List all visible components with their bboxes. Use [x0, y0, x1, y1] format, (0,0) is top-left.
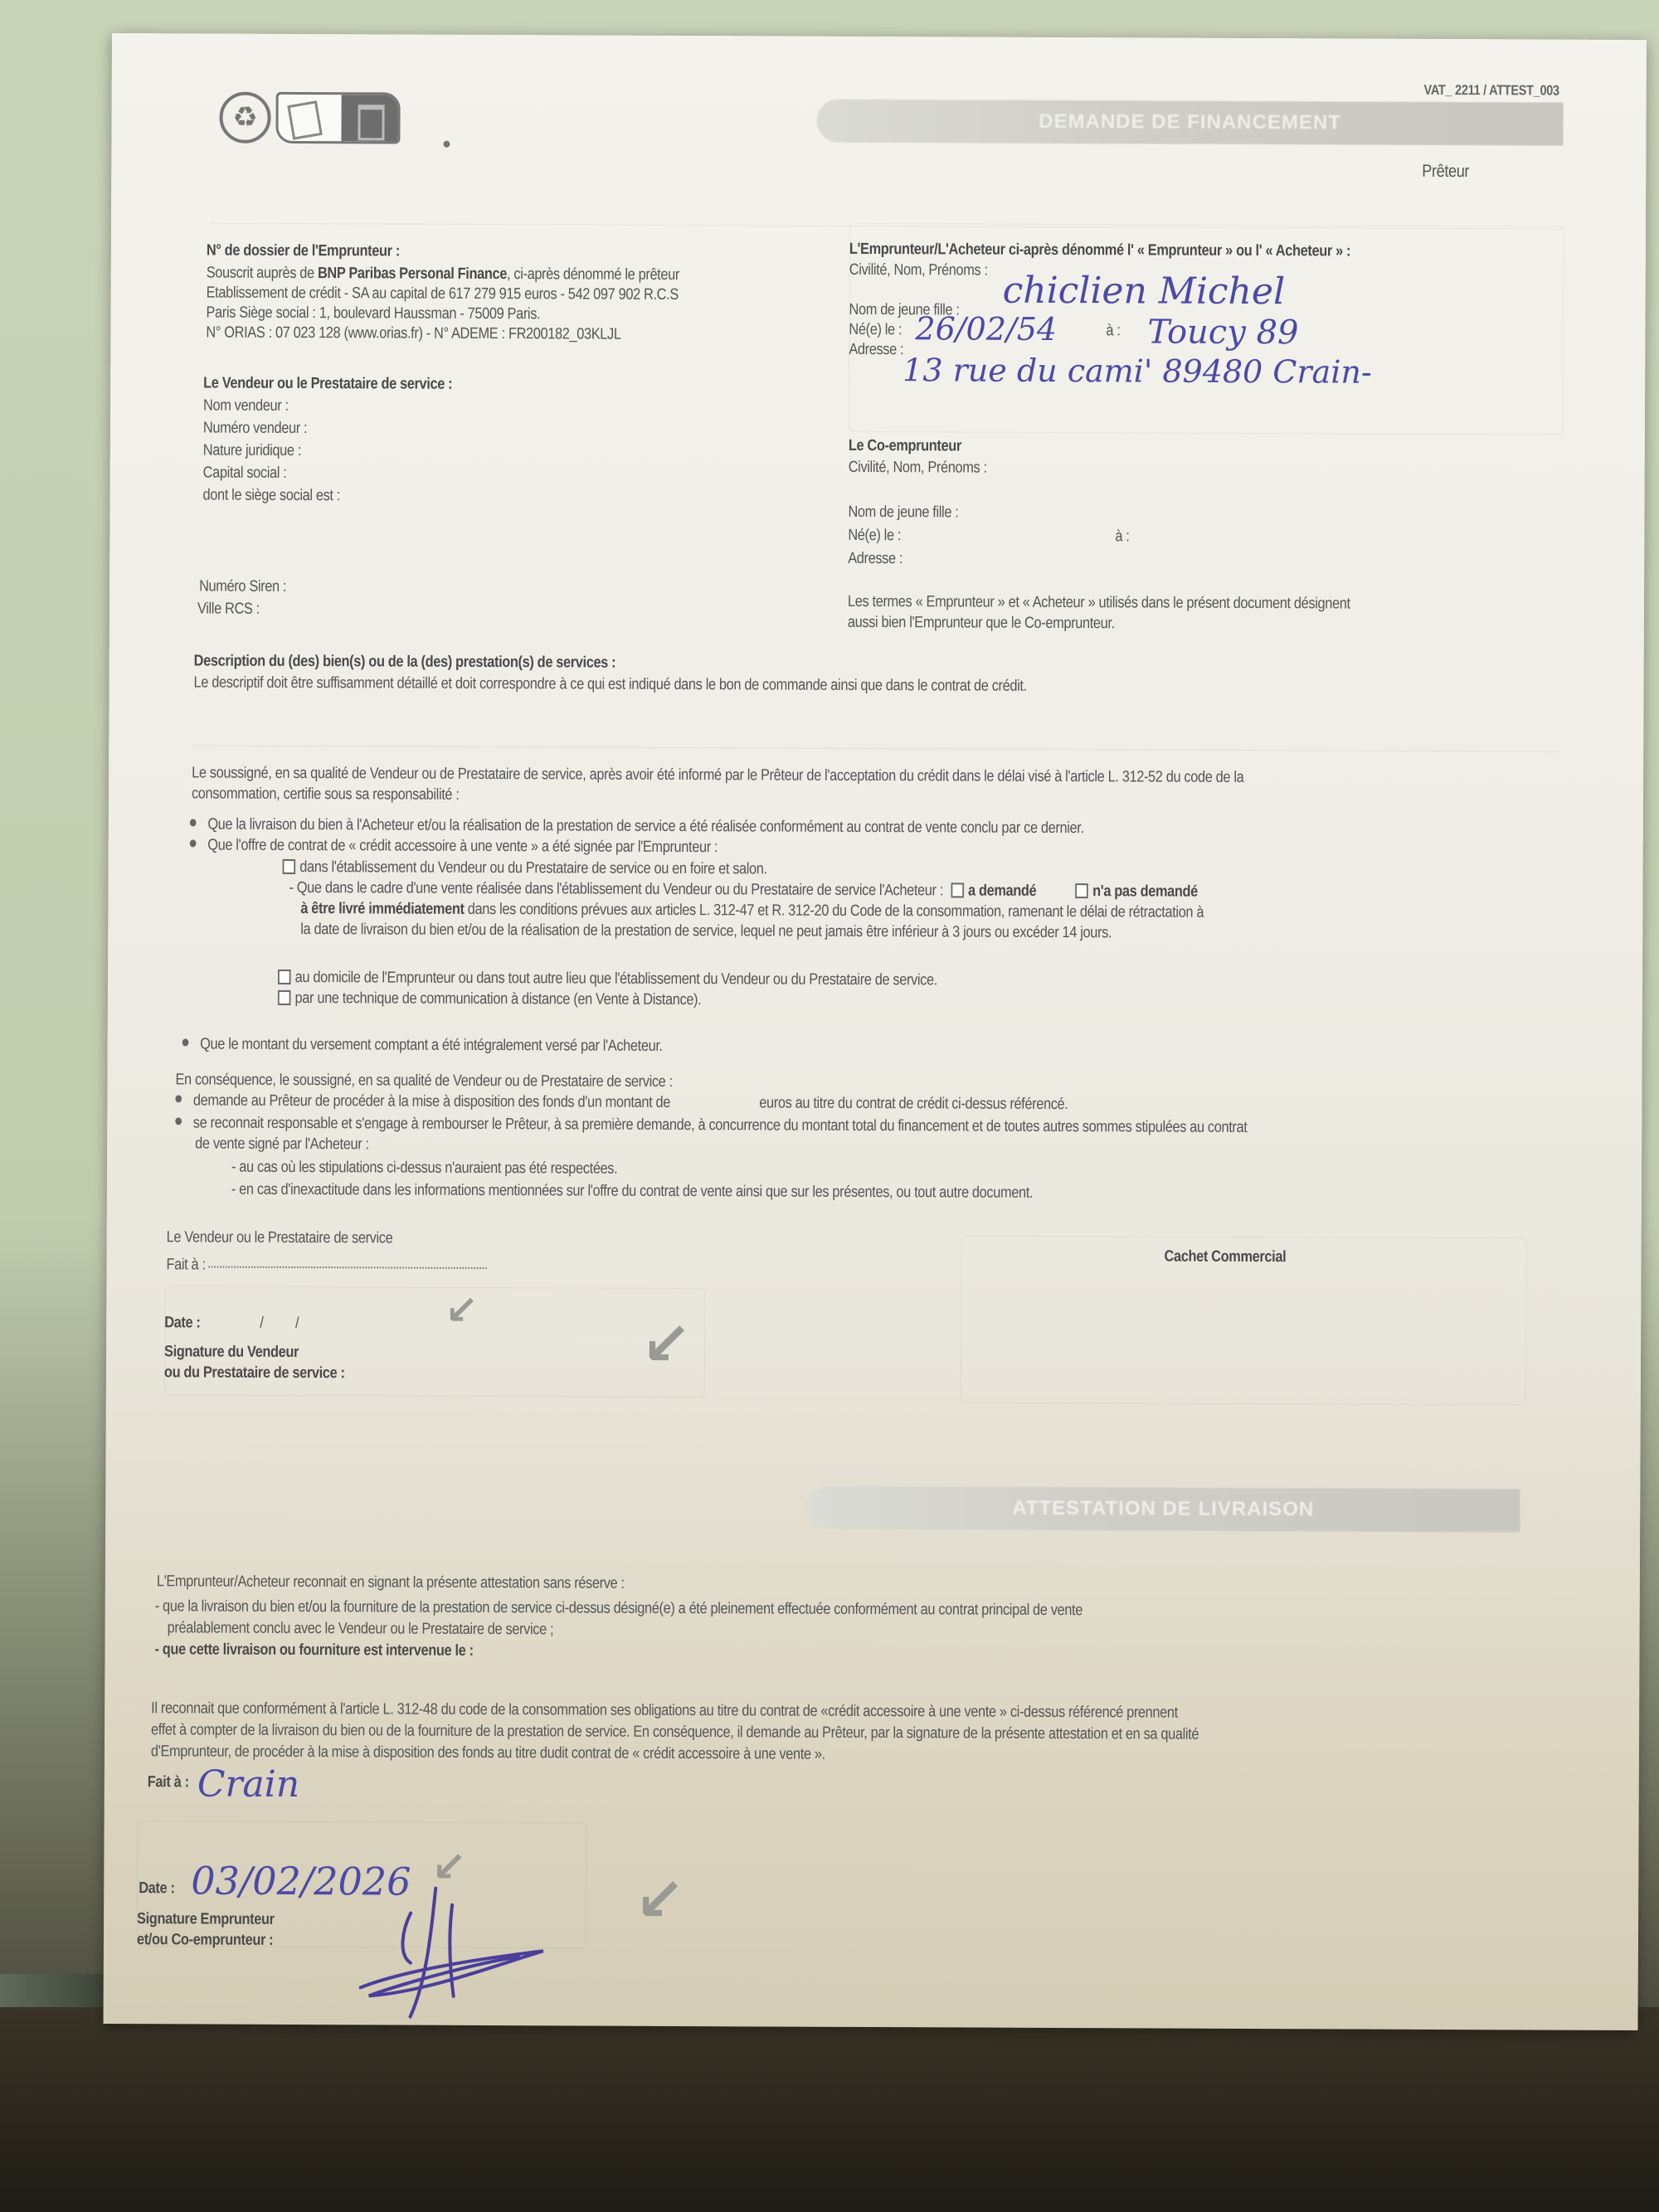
handwritten-delivery-place: Crain — [197, 1762, 300, 1806]
vendor-field-legal-nature: Nature juridique : — [203, 440, 301, 461]
bullet-icon — [175, 1095, 182, 1102]
option-establishment-label: dans l'établissement du Vendeur ou du Pr… — [299, 858, 767, 878]
checkbox-requested[interactable] — [951, 882, 964, 897]
option-not-requested-label: n'a pas demandé — [1092, 882, 1198, 901]
vendor-signature-label-2: ou du Prestataire de service : — [164, 1363, 345, 1383]
responsibility-line-2: de vente signé par l'Acheteur : — [195, 1134, 369, 1155]
lender-label: Prêteur — [1422, 162, 1469, 182]
consequence-heading: En conséquence, le soussigné, en sa qual… — [175, 1070, 672, 1092]
checkbox-establishment[interactable] — [283, 859, 296, 874]
vendor-place-field[interactable]: Fait à : — [166, 1255, 486, 1276]
checkbox-distance[interactable] — [278, 990, 291, 1005]
document-reference: VAT_ 2211 / ATTEST_003 — [1423, 82, 1559, 100]
vendor-field-capital: Capital social : — [203, 463, 287, 483]
certification-bullet-offer-signed: Que l'offre de contrat de « crédit acces… — [190, 835, 718, 858]
vendor-heading: Le Vendeur ou le Prestataire de service … — [203, 373, 452, 394]
coborrower-address-label: Adresse : — [848, 549, 902, 569]
description-text: Le descriptif doit être suffisamment dét… — [194, 673, 1027, 696]
vendor-rcs-label: Ville RCS : — [197, 599, 260, 619]
sign-here-arrow-icon: ↙ — [641, 1309, 692, 1378]
borrower-birth-place-label: à : — [1106, 321, 1120, 341]
vendor-field-head-office: dont le siège social est : — [203, 485, 341, 506]
handwritten-birth-date: 26/02/54 — [915, 310, 1057, 348]
option-establishment[interactable]: dans l'établissement du Vendeur ou du Pr… — [283, 858, 767, 880]
bullet-text: Que l'offre de contrat de « crédit acces… — [207, 837, 718, 857]
delivery-item-1-line-1: - que la livraison du bien et/ou la four… — [155, 1597, 1082, 1621]
lender-line-1-suffix: , ci-après dénommé le prêteur — [507, 265, 679, 284]
immediate-delivery-bold: à être livré immédiatement — [300, 900, 464, 918]
sign-here-arrow-icon: ↙ — [635, 1864, 685, 1934]
immediate-delivery-line-3: la date de livraison du bien et/ou de la… — [300, 920, 1112, 943]
infotri-badge: FR — [275, 92, 400, 144]
financing-request-banner: DEMANDE DE FINANCEMENT — [816, 100, 1563, 146]
immediate-delivery-line-1: - Que dans le cadre d'une vente réalisée… — [289, 878, 1198, 902]
document-page: ♻ FR VAT_ 2211 / ATTEST_003 DEMANDE DE F… — [104, 33, 1647, 2030]
funds-request-prefix: demande au Prêteur de procéder à la mise… — [193, 1091, 670, 1111]
handwritten-borrower-name: chiclien Michel — [1003, 270, 1286, 313]
borrower-heading: L'Emprunteur/L'Acheteur ci-après dénommé… — [849, 240, 1350, 262]
certification-intro-line-2: consommation, certifie sous sa responsab… — [192, 784, 460, 805]
triman-recycling-icon: ♻ — [219, 92, 270, 143]
option-distance[interactable]: par une technique de communication à dis… — [278, 989, 702, 1010]
vendor-signature-label-1: Signature du Vendeur — [164, 1342, 299, 1363]
handwritten-birth-place: Toucy 89 — [1147, 313, 1298, 352]
immediate-delivery-conditions: dans les conditions prévues aux articles… — [465, 901, 1204, 921]
immediate-delivery-line-2: à être livré immédiatement dans les cond… — [300, 899, 1204, 923]
trash-bin-icon — [341, 95, 397, 141]
coborrower-note-line-2: aussi bien l'Emprunteur que le Co-emprun… — [848, 613, 1115, 634]
lender-line-3: Paris Siège social : 1, boulevard Haussm… — [206, 303, 540, 324]
certification-bullet-delivery: Que la livraison du bien à l'Acheteur et… — [190, 814, 1084, 839]
delivery-paragraph-line-1: Il reconnait que conformément à l'articl… — [151, 1699, 1178, 1723]
borrower-file-number-label: N° de dossier de l'Emprunteur : — [207, 241, 400, 261]
option-home-label: au domicile de l'Emprunteur ou dans tout… — [295, 969, 937, 989]
coborrower-birth-date-label: Né(e) le : — [848, 526, 901, 546]
paper-icon — [287, 100, 323, 139]
borrower-birth-date-label: Né(e) le : — [849, 320, 902, 340]
bullet-icon — [175, 1117, 182, 1125]
lender-line-2: Etablissement de crédit - SA au capital … — [207, 283, 679, 304]
checkbox-home[interactable] — [278, 970, 291, 984]
delivery-date-label: Date : — [139, 1879, 174, 1898]
bullet-icon — [190, 839, 197, 847]
recycling-logos: ♻ FR — [219, 92, 400, 144]
handwritten-address: 13 rue du cami' 89480 Crain- — [902, 352, 1372, 390]
coborrower-heading: Le Co-emprunteur — [849, 436, 961, 457]
lender-line-1-prefix: Souscrit auprès de — [207, 264, 318, 282]
case-stipulations: - au cas où les stipulations ci-dessus n… — [231, 1158, 617, 1179]
coborrower-note-line-1: Les termes « Emprunteur » et « Acheteur … — [848, 592, 1350, 615]
delivery-place-label: Fait à : — [148, 1772, 189, 1792]
vendor-date-label: Date : — [164, 1313, 200, 1333]
vendor-field-number: Numéro vendeur : — [203, 418, 307, 439]
borrower-signature-scribble — [353, 1879, 552, 2021]
bullet-text: Que le montant du versement comptant a é… — [200, 1035, 663, 1054]
funds-request-line: demande au Prêteur de procéder à la mise… — [175, 1091, 1068, 1115]
bullet-text: Que la livraison du bien à l'Acheteur et… — [207, 816, 1083, 838]
infotri-country-label: FR — [277, 92, 295, 93]
option-distance-label: par une technique de communication à dis… — [295, 989, 702, 1009]
stamp-label: Cachet Commercial — [1165, 1247, 1287, 1268]
funds-request-suffix: euros au titre du contrat de crédit ci-d… — [759, 1094, 1068, 1113]
vendor-place-dotted-line[interactable] — [208, 1266, 486, 1269]
description-heading: Description du (des) bien(s) ou de la (d… — [194, 651, 616, 673]
certification-bullet-payment: Que le montant du versement comptant a é… — [182, 1034, 663, 1057]
delivery-intro: L'Emprunteur/Acheteur reconnait en signa… — [157, 1572, 625, 1593]
borrower-signature-label-1: Signature Emprunteur — [137, 1909, 275, 1930]
sign-here-arrow-icon: ↙ — [445, 1287, 478, 1334]
delivery-item-2: - que cette livraison ou fourniture est … — [154, 1640, 473, 1661]
case-inaccuracy: - en cas d'inexactitude dans les informa… — [231, 1180, 1033, 1203]
delivery-paragraph-line-2: effet à compter de la livraison du bien … — [151, 1720, 1199, 1745]
coborrower-civility-label: Civilité, Nom, Prénoms : — [849, 458, 987, 479]
vendor-place-label: Fait à : — [166, 1256, 205, 1273]
lender-line-4: N° ORIAS : 07 023 128 (www.orias.fr) - N… — [206, 323, 620, 344]
vendor-siren-label: Numéro Siren : — [199, 576, 286, 596]
background-floor — [0, 2007, 1659, 2212]
divider — [192, 745, 1560, 751]
borrower-address-label: Adresse : — [849, 340, 903, 360]
delivery-paragraph-line-3: d'Emprunteur, de procéder à la mise à di… — [151, 1742, 825, 1765]
responsibility-text: se reconnait responsable et s'engage à r… — [193, 1114, 1248, 1136]
vendor-field-name: Nom vendeur : — [203, 396, 289, 416]
immediate-delivery-text: - Que dans le cadre d'une vente réalisée… — [289, 879, 943, 899]
option-home[interactable]: au domicile de l'Emprunteur ou dans tout… — [278, 968, 937, 990]
checkbox-not-requested[interactable] — [1076, 883, 1089, 898]
lender-line-1: Souscrit auprès de BNP Paribas Personal … — [207, 263, 679, 284]
option-requested-label: a demandé — [968, 882, 1036, 900]
borrower-civility-label: Civilité, Nom, Prénoms : — [849, 260, 988, 281]
print-dot — [443, 141, 450, 148]
coborrower-birth-place-label: à : — [1115, 527, 1129, 547]
vendor-date-field[interactable]: / / — [260, 1314, 299, 1334]
bullet-icon — [190, 819, 197, 826]
delivery-item-1-line-2: préalablement conclu avec le Vendeur ou … — [168, 1618, 554, 1640]
bullet-icon — [182, 1038, 189, 1046]
coborrower-maiden-name-label: Nom de jeune fille : — [848, 503, 958, 523]
lender-name: BNP Paribas Personal Finance — [318, 265, 507, 283]
delivery-attestation-banner: ATTESTATION DE LIVRAISON — [806, 1486, 1520, 1533]
vendor-signature-title: Le Vendeur ou le Prestataire de service — [167, 1228, 393, 1248]
borrower-signature-label-2: et/ou Co-emprunteur : — [137, 1930, 273, 1951]
